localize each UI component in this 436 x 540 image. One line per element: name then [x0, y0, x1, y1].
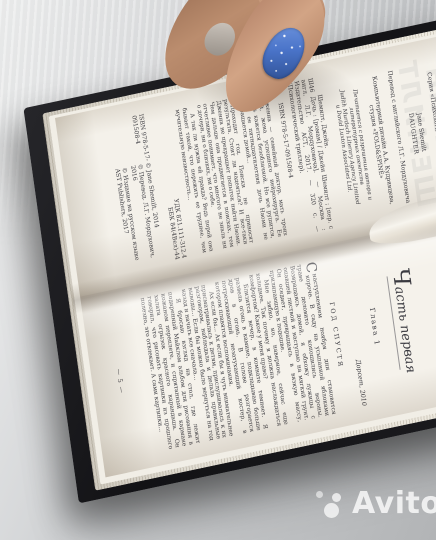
- avito-dot: [332, 493, 341, 502]
- avito-watermark: Avito: [322, 486, 436, 521]
- isbn-bottom-line: ISBN 978-5-17-091508-4: [130, 113, 151, 164]
- avito-dot: [324, 503, 339, 518]
- copyright-block: © Jane Shemilt, 2014 © Перевод. Л.Г. Мор…: [112, 162, 165, 273]
- page-number: — 5 —: [104, 290, 136, 472]
- avito-dot: [316, 491, 323, 498]
- avito-watermark-label: Avito: [352, 486, 436, 521]
- photo-background: ДЖЕЙН ШЕМИЛТ УДК 821.111-312.4 ББК 84(4В…: [0, 0, 436, 540]
- avito-logo-dots-icon: [322, 487, 348, 521]
